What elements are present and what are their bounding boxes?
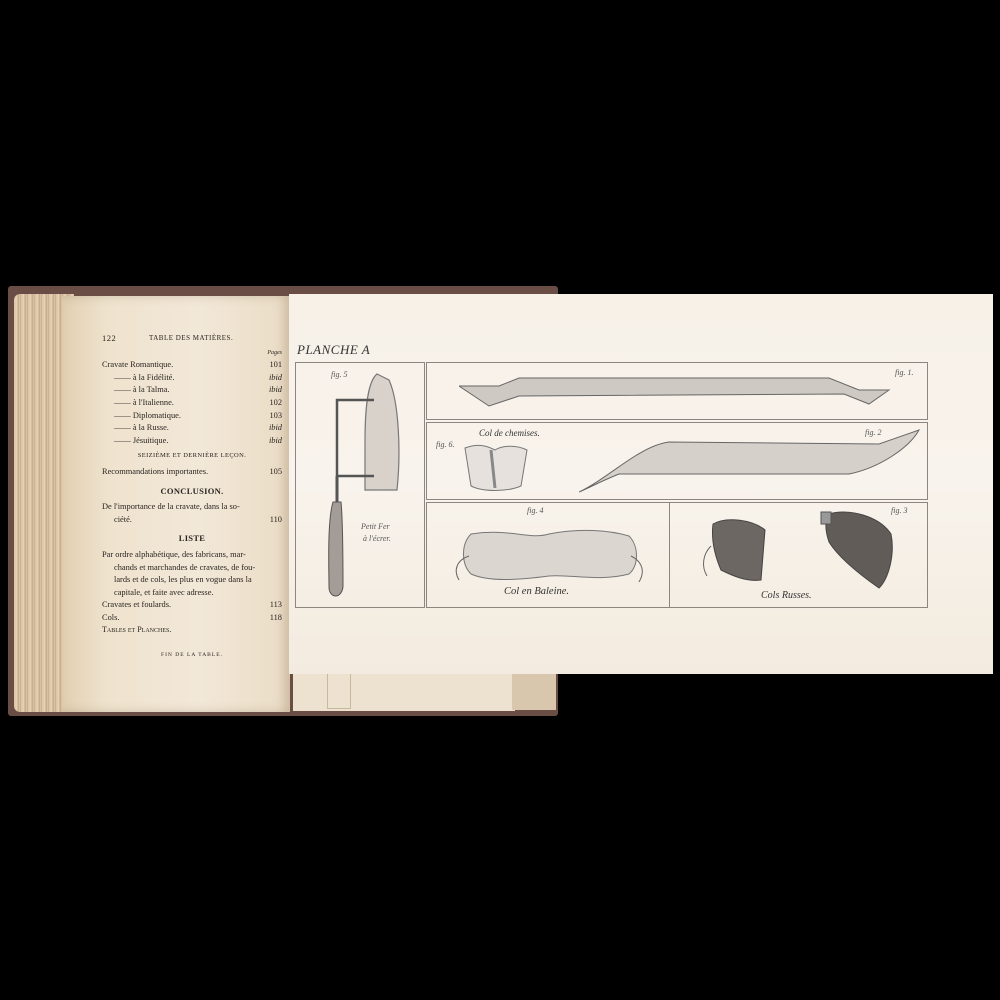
toc-entry: —— à la Fidélité.ibid	[102, 372, 282, 385]
folded-plate-flap	[293, 668, 515, 711]
cravat-twisted-illustration	[579, 428, 924, 498]
figure-6-caption: Col de chemises.	[479, 428, 540, 438]
toc-entry: —— à l'Italienne.102	[102, 397, 282, 410]
toc-entry: Cols.118	[102, 612, 282, 625]
russian-collar-left-illustration	[699, 516, 779, 586]
shirt-collar-illustration	[461, 442, 531, 494]
figure-4-caption: Col en Baleine.	[504, 586, 569, 597]
figure-label: fig. 4	[527, 506, 543, 515]
figure-5-caption-line1: Petit Fer	[361, 522, 390, 531]
toc-entry: —— à la Talma.ibid	[102, 384, 282, 397]
toc-entry: —— Diplomatique.103	[102, 410, 282, 423]
toc-entry: ciété.110	[102, 514, 282, 527]
figure-3-caption: Cols Russes.	[761, 590, 812, 601]
smoothing-iron-illustration	[319, 372, 409, 604]
section-heading: SEIZIÈME ET DERNIÈRE LEÇON.	[102, 450, 282, 463]
toc-entry: Tables et Planches.	[102, 624, 282, 637]
toc-entry: —— à la Russe.ibid	[102, 422, 282, 435]
figure-5-caption-line2: à l'écrer.	[363, 534, 391, 543]
russian-collar-right-illustration	[809, 508, 899, 592]
end-of-table: FIN DE LA TABLE.	[102, 649, 282, 662]
section-heading: CONCLUSION.	[102, 485, 282, 498]
running-head-title: TABLE DES MATIÈRES.	[149, 332, 233, 345]
section-heading: LISTE	[102, 532, 282, 545]
plate-title: PLANCHE A	[297, 342, 370, 358]
page-number: 122	[102, 332, 116, 345]
pages-label: Pages	[102, 347, 282, 360]
toc-entry: Cravate Romantique.101	[102, 359, 282, 372]
folded-plate-corner	[512, 668, 556, 710]
engraved-plate: PLANCHE A fig. 5 Petit Fer à l'écrer. fi…	[289, 294, 993, 674]
toc-entry: De l'importance de la cravate, dans la s…	[102, 501, 282, 514]
figure-label: fig. 6.	[436, 440, 454, 449]
toc-entry: Cravates et foulards.113	[102, 599, 282, 612]
cravat-band-illustration	[459, 376, 899, 414]
liste-description: Par ordre alphabétique, des fabricans, m…	[102, 549, 282, 599]
left-page-table-of-contents: 122 TABLE DES MATIÈRES. Pages Cravate Ro…	[62, 296, 290, 712]
running-head: 122 TABLE DES MATIÈRES.	[102, 332, 282, 345]
whalebone-collar-illustration	[449, 526, 649, 586]
toc-entry: —— Jésuitique.ibid	[102, 435, 282, 448]
toc-entry: Recommandations importantes.105	[102, 466, 282, 479]
